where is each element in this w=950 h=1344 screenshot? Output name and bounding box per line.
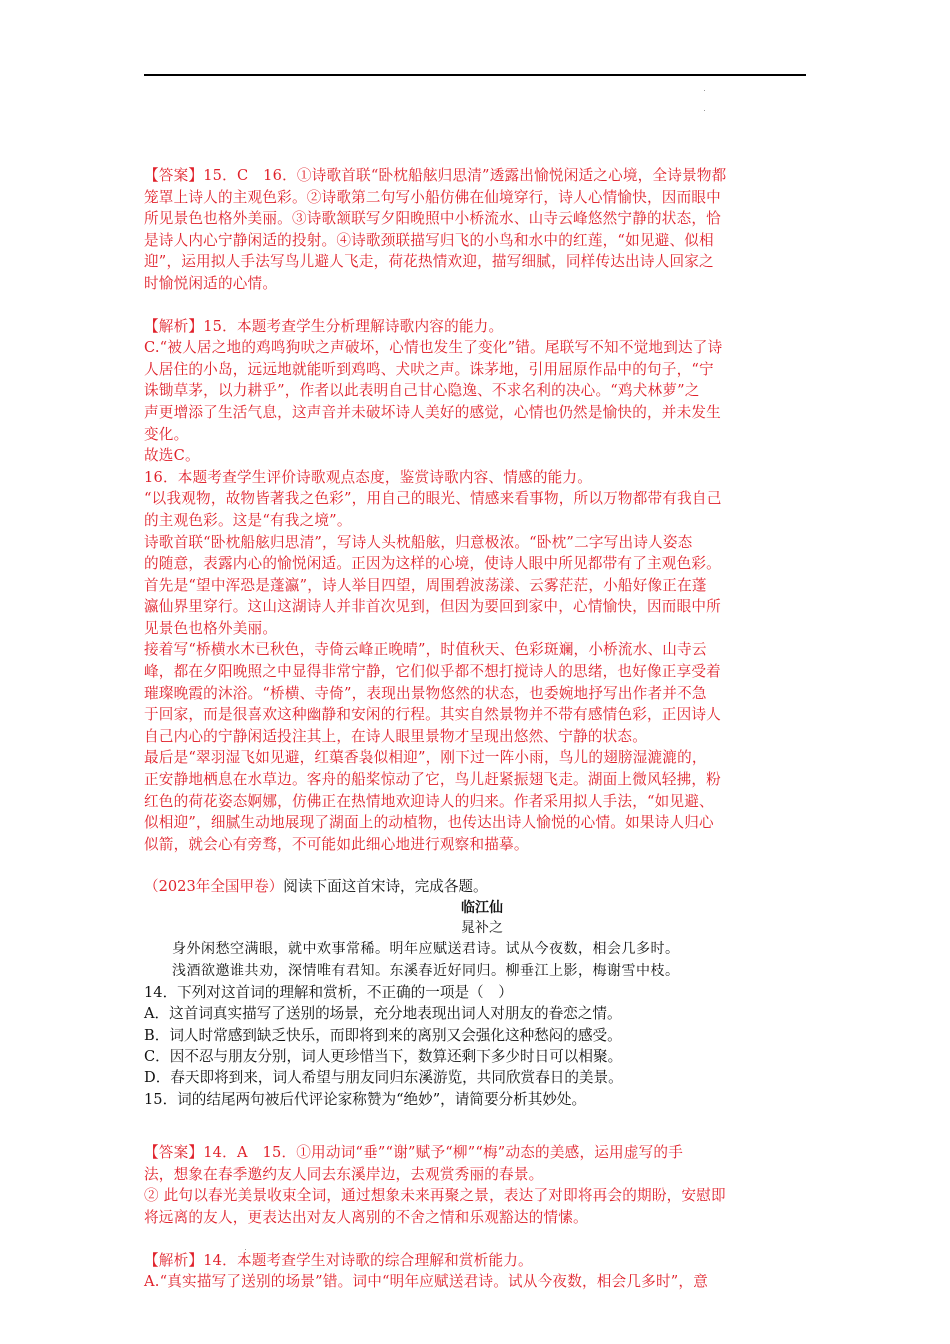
answer-line: 是诗人内心宁静闲适的投射。④诗歌颈联描写归飞的小鸟和水中的红莲，“如见避、似相 [144,230,806,252]
question-item: 14．下列对这首词的理解和赏析，不正确的一项是（ ） [144,982,806,1003]
answer-label: 【答案】 [144,1144,203,1161]
analysis-line: 的随意，表露内心的愉悦闲适。正因为这样的心境，使诗人眼中所见都带有了主观色彩。 [144,553,806,575]
question-intro: （2023年全国甲卷）阅读下面这首宋诗，完成各题。 [144,876,806,897]
analysis-line: 【解析】14．本题考查学生对诗歌的综合理解和赏析能力。 [144,1250,806,1272]
analysis-line: 正安静地栖息在水草边。客舟的船桨惊动了它，鸟儿赶紧振翅飞走。湖面上微风轻拂，粉 [144,769,806,791]
analysis-line: 见景色也格外美丽。 [144,618,806,640]
answer-line: ② 此句以春光美景收束全词，通过想象未来再聚之景，表达了对即将再会的期盼，安慰即 [144,1185,806,1207]
marker-dot [704,90,705,91]
marker-dot [704,110,705,111]
analysis-line: 瀛仙界里穿行。这山这湖诗人并非首次见到，但因为要回到家中，心情愉快，因而眼中所 [144,596,806,618]
analysis-block-2: 【解析】14．本题考查学生对诗歌的综合理解和赏析能力。 A.“真实描写了送别的场… [144,1250,806,1293]
analysis-line: 声更增添了生活气息，这声音并未破坏诗人美好的感觉，心情也仍然是愉快的，并未发生 [144,402,806,424]
analysis-line: 于回家，而是很喜欢这种幽静和安闲的行程。其实自然景物并不带有感情色彩，正因诗人 [144,704,806,726]
analysis-line: 诗歌首联“卧枕船舷归思清”，写诗人头枕船舷，归意极浓。“卧枕”二字写出诗人姿态 [144,532,806,554]
analysis-line: 人居住的小岛，远远地就能听到鸡鸣、犬吠之声。诛茅地，引用屈原作品中的句子，“宁 [144,359,806,381]
analysis-line: C.“被人居之地的鸡鸣狗吠之声破坏，心情也发生了变化”错。尾联写不知不觉地到达了… [144,337,806,359]
analysis-line: 的主观色彩。这是“有我之境”。 [144,510,806,532]
answer-text: 14．A 15．①用动词“垂”“谢”赋予“柳”“梅”动态的美感，运用虚写的手 [203,1144,683,1161]
answer-block-1: 【答案】15．C 16．①诗歌首联“卧枕船舷归思清”透露出愉悦闲适之心境，全诗景… [144,165,806,295]
question-item: 15．词的结尾两句被后代评论家称赞为“绝妙”，请简要分析其妙处。 [144,1089,806,1110]
analysis-line: 最后是“翠羽湿飞如见避，红蕖香袅似相迎”，刚下过一阵小雨，鸟儿的翅膀湿漉漉的， [144,747,806,769]
analysis-line: 接着写“桥横水木已秋色，寺倚云峰正晚晴”，时值秋天、色彩斑斓，小桥流水、山寺云 [144,639,806,661]
answer-line: 笼罩上诗人的主观色彩。②诗歌第二句写小船仿佛在仙境穿行，诗人心情愉快，因而眼中 [144,187,806,209]
question-block: （2023年全国甲卷）阅读下面这首宋诗，完成各题。 临江仙 晁补之 身外闲愁空满… [144,876,806,1110]
analysis-line: 诛锄草茅，以力耕乎”，作者以此表明自己甘心隐逸、不求名利的决心。“鸡犬林萝”之 [144,380,806,402]
poem-verse: 身外闲愁空满眼，就中欢事常稀。明年应赋送君诗。试从今夜数，相会几多时。 [144,938,806,960]
answer-line: 迎”，运用拟人手法写鸟儿避人飞走，荷花热情欢迎，描写细腻，同样传达出诗人回家之 [144,251,806,273]
question-source: （2023年全国甲卷） [144,878,283,895]
analysis-line: 变化。 [144,424,806,446]
document-body: 【答案】15．C 16．①诗歌首联“卧枕船舷归思清”透露出愉悦闲适之心境，全诗景… [144,165,806,1293]
analysis-line: 首先是“望中浑恐是蓬瀛”，诗人举目四望，周围碧波荡漾、云雾茫茫，小船好像正在蓬 [144,575,806,597]
analysis-label: 【解析】 [144,318,203,335]
analysis-text: 14．本题考查学生对诗歌的综合理解和赏析能力。 [203,1252,533,1269]
answer-line: 时愉悦闲适的心情。 [144,273,806,295]
header-rule [144,74,806,76]
analysis-line: 16．本题考查学生评价诗歌观点态度，鉴赏诗歌内容、情感的能力。 [144,467,806,489]
analysis-label: 【解析】 [144,1252,203,1269]
analysis-line: 峰，都在夕阳晚照之中显得非常宁静，它们似乎都不想打搅诗人的思绪，也好像正享受着 [144,661,806,683]
poem-verse: 浅酒欲邀谁共劝，深情唯有君知。东溪春近好同归。柳垂江上影，梅谢雪中枝。 [144,960,806,982]
spacer [144,295,806,316]
analysis-line: 璀璨晚霞的沐浴。“桥横、寺倚”，表现出景物悠然的状态，也委婉地抒写出作者并不急 [144,683,806,705]
analysis-line: 似相迎”，细腻生动地展现了湖面上的动植物，也传达出诗人愉悦的心情。如果诗人归心 [144,812,806,834]
poem-title: 临江仙 [144,898,806,918]
question-instruction: 阅读下面这首宋诗，完成各题。 [283,878,487,895]
spacer [144,1110,806,1142]
analysis-line: 红色的荷花姿态婀娜，仿佛正在热情地欢迎诗人的归来。作者采用拟人手法，“如见避、 [144,791,806,813]
answer-line: 【答案】14．A 15．①用动词“垂”“谢”赋予“柳”“梅”动态的美感，运用虚写… [144,1142,806,1164]
analysis-block-1: 【解析】15．本题考查学生分析理解诗歌内容的能力。 C.“被人居之地的鸡鸣狗吠之… [144,316,806,856]
analysis-line: 自己内心的宁静闲适投注其上，在诗人眼里景物才呈现出悠然、宁静的状态。 [144,726,806,748]
analysis-line: 【解析】15．本题考查学生分析理解诗歌内容的能力。 [144,316,806,338]
answer-block-2: 【答案】14．A 15．①用动词“垂”“谢”赋予“柳”“梅”动态的美感，运用虚写… [144,1142,806,1228]
answer-text: 15．C 16．①诗歌首联“卧枕船舷归思清”透露出愉悦闲适之心境，全诗景物都 [203,167,726,184]
answer-label: 【答案】 [144,167,203,184]
analysis-line: “以我观物，故物皆著我之色彩”，用自己的眼光、情感来看事物，所以万物都带有我自己 [144,488,806,510]
answer-line: 将远离的友人，更表达出对友人离别的不舍之情和乐观豁达的情愫。 [144,1207,806,1229]
option-a: A．这首词真实描写了送别的场景，充分地表现出词人对朋友的眷恋之情。 [144,1003,806,1024]
analysis-text: 15．本题考查学生分析理解诗歌内容的能力。 [203,318,503,335]
answer-line: 法，想象在春季邀约友人同去东溪岸边，去观赏秀丽的春景。 [144,1164,806,1186]
analysis-line: 故选C。 [144,445,806,467]
poem-author: 晁补之 [144,918,806,938]
option-c: C．因不忍与朋友分别，词人更珍惜当下，数算还剩下多少时日可以相聚。 [144,1046,806,1067]
analysis-line: 似箭，就会心有旁骛，不可能如此细心地进行观察和描摹。 [144,834,806,856]
analysis-line: A.“真实描写了送别的场景”错。词中“明年应赋送君诗。试从今夜数，相会几多时”，… [144,1271,806,1293]
option-d: D．春天即将到来，词人希望与朋友同归东溪游览，共同欣赏春日的美景。 [144,1067,806,1088]
option-b: B．词人时常感到缺乏快乐，而即将到来的离别又会强化这种愁闷的感受。 [144,1025,806,1046]
answer-line: 【答案】15．C 16．①诗歌首联“卧枕船舷归思清”透露出愉悦闲适之心境，全诗景… [144,165,806,187]
answer-line: 所见景色也格外美丽。③诗歌颔联写夕阳晚照中小桥流水、山寺云峰悠然宁静的状态，恰 [144,208,806,230]
spacer [144,1229,806,1250]
spacer [144,855,806,876]
